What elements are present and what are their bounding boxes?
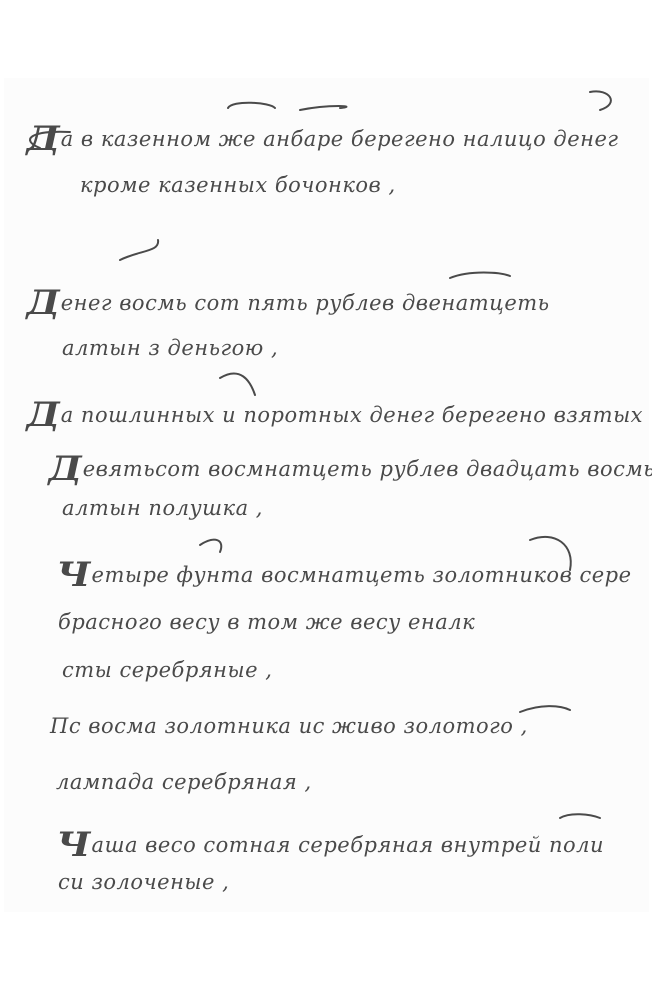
manuscript-line: Да пошлинных и поротных денег берегено в…	[28, 394, 643, 428]
drop-initial: Д	[26, 122, 60, 156]
manuscript-line: Четыре фунта восмнатцеть золотников сере	[58, 554, 632, 588]
drop-initial: Ч	[56, 558, 91, 592]
drop-initial: Ч	[56, 828, 91, 862]
manuscript-line: Да в казенном же анбаре берегено налицо …	[28, 118, 619, 152]
manuscript-line: сты серебряные ,	[62, 660, 272, 681]
line-text: брасного весу в том же весу еналк	[58, 610, 475, 634]
manuscript-line: брасного весу в том же весу еналк	[58, 612, 475, 633]
drop-initial: Д	[26, 286, 60, 320]
line-text: а в казенном же анбаре берегено налицо д…	[61, 127, 619, 151]
manuscript-line: лампада серебряная ,	[56, 772, 312, 793]
manuscript-line: Чаша весо сотная серебряная внутрей поли	[58, 824, 604, 858]
line-text: аша весо сотная серебряная внутрей поли	[92, 833, 605, 857]
manuscript-line: алтын з деньгою ,	[62, 338, 278, 359]
manuscript-line: Девятьсот восмнатцеть рублев двадцать во…	[50, 448, 652, 482]
line-text: кроме казенных бочонков ,	[80, 173, 396, 197]
line-text: лампада серебряная ,	[56, 770, 312, 794]
line-text: алтын полушка ,	[62, 496, 263, 520]
manuscript-line: алтын полушка ,	[62, 498, 263, 519]
line-text: евятьсот восмнатцеть рублев двадцать вос…	[83, 457, 652, 481]
drop-initial: Д	[26, 398, 60, 432]
line-text: алтын з деньгою ,	[62, 336, 278, 360]
line-text: етыре фунта восмнатцеть золотников сере	[92, 563, 632, 587]
line-text: сты серебряные ,	[62, 658, 272, 682]
line-text: а пошлинных и поротных денег берегено вз…	[61, 403, 643, 427]
line-text: си золоченые ,	[58, 870, 229, 894]
line-text: Пс восма золотника ис живо золотого ,	[50, 714, 528, 738]
manuscript-line: Денег восмь сот пять рублев двенатцеть	[28, 282, 550, 316]
manuscript-line: Пс восма золотника ис живо золотого ,	[50, 716, 528, 737]
drop-initial: Д	[48, 452, 82, 486]
manuscript-line: кроме казенных бочонков ,	[80, 175, 396, 196]
line-text: енег восмь сот пять рублев двенатцеть	[61, 291, 550, 315]
manuscript-line: си золоченые ,	[58, 872, 229, 893]
